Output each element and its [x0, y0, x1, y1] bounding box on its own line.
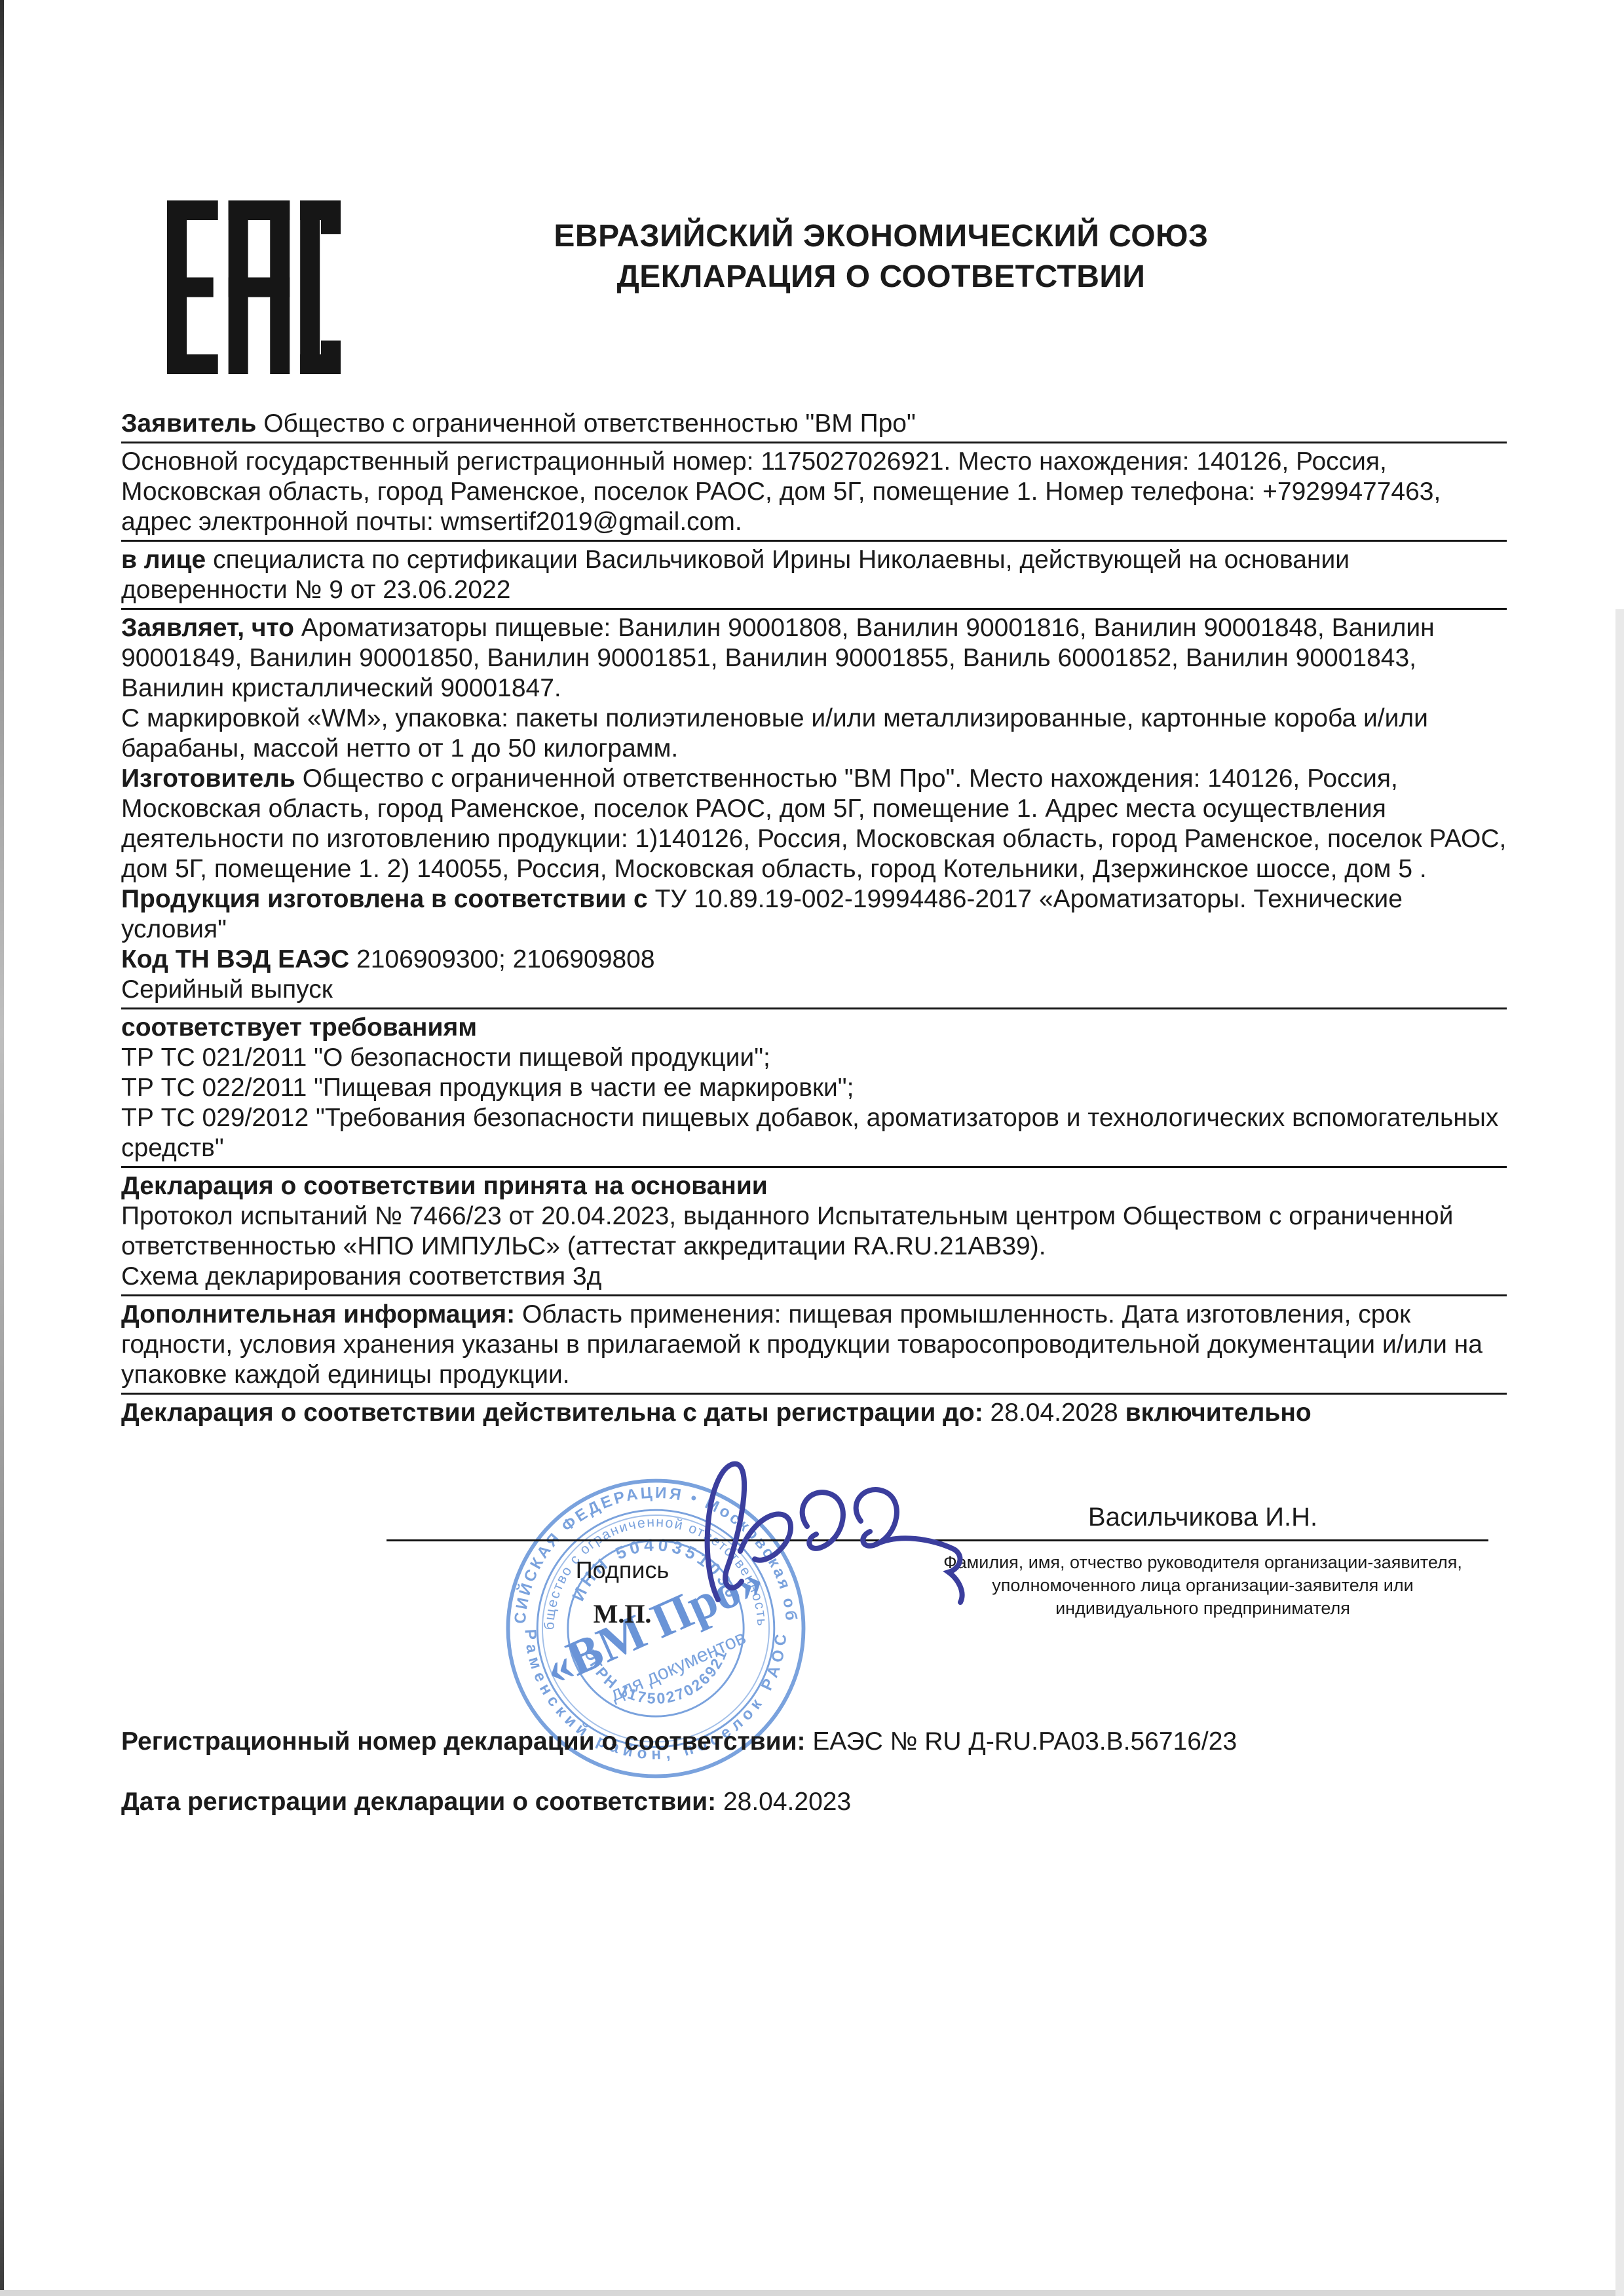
section-divider: [121, 1294, 1507, 1296]
declares-label: Заявляет, что: [121, 614, 294, 642]
section-divider: [121, 1166, 1507, 1168]
registration-number-value: ЕАЭС № RU Д-RU.РА03.В.56716/23: [806, 1727, 1237, 1756]
signatory-caption-line2: уполномоченного лица организации-заявите…: [914, 1574, 1492, 1597]
produced-paragraph: Продукция изготовлена в соответствии с Т…: [121, 884, 1507, 945]
schema-paragraph: Схема декларирования соответствия 3д: [121, 1262, 1507, 1292]
signatory-caption-line1: Фамилия, имя, отчество руководителя орга…: [914, 1551, 1492, 1574]
section-divider: [121, 1007, 1507, 1009]
section-divider: [121, 608, 1507, 610]
validity-date: 28.04.2028: [983, 1399, 1125, 1427]
registration-date-line: Дата регистрации декларации о соответств…: [121, 1788, 851, 1816]
additional-info-paragraph: Дополнительная информация: Область приме…: [121, 1300, 1507, 1390]
scan-edge-left: [0, 0, 4, 2296]
section-divider: [121, 1393, 1507, 1395]
basis-heading: Декларация о соответствии принята на осн…: [121, 1171, 1507, 1201]
ogrn-paragraph: Основной государственный регистрационный…: [121, 447, 1507, 537]
signature-line-right: [917, 1539, 1488, 1541]
in-person-value: специалиста по сертификации Васильчиково…: [121, 546, 1350, 604]
complies-heading: соответствует требованиям: [121, 1013, 1507, 1043]
validity-suffix: включительно: [1125, 1399, 1312, 1427]
regulation-item: ТР ТС 021/2011 "О безопасности пищевой п…: [121, 1043, 1507, 1073]
manufacturer-paragraph: Изготовитель Общество с ограниченной отв…: [121, 764, 1507, 884]
applicant-paragraph: Заявитель Общество с ограниченной ответс…: [121, 409, 1507, 439]
section-divider: [121, 540, 1507, 542]
section-divider: [121, 442, 1507, 443]
declares-value: Ароматизаторы пищевые: Ванилин 90001808,…: [121, 614, 1435, 702]
applicant-label: Заявитель: [121, 409, 256, 438]
validity-paragraph: Декларация о соответствии действительна …: [121, 1398, 1507, 1428]
protocol-paragraph: Протокол испытаний № 7466/23 от 20.04.20…: [121, 1201, 1507, 1262]
title-line-1: ЕВРАЗИЙСКИЙ ЭКОНОМИЧЕСКИЙ СОЮЗ: [406, 216, 1356, 257]
tnved-paragraph: Код ТН ВЭД ЕАЭС 2106909300; 2106909808: [121, 945, 1507, 975]
registration-number-label: Регистрационный номер декларации о соотв…: [121, 1727, 806, 1756]
declaration-document: ЕВРАЗИЙСКИЙ ЭКОНОМИЧЕСКИЙ СОЮЗ ДЕКЛАРАЦИ…: [0, 0, 1624, 2296]
additional-info-label: Дополнительная информация:: [121, 1300, 515, 1328]
declares-paragraph: Заявляет, что Ароматизаторы пищевые: Ван…: [121, 613, 1507, 704]
in-person-paragraph: в лице специалиста по сертификации Васил…: [121, 545, 1507, 605]
signatory-name: Васильчикова И.Н.: [917, 1503, 1488, 1532]
regulation-item: ТР ТС 029/2012 "Требования безопасности …: [121, 1103, 1507, 1163]
validity-label: Декларация о соответствии действительна …: [121, 1399, 983, 1427]
eac-mark-icon: [167, 194, 341, 384]
regulation-item: ТР ТС 022/2011 "Пищевая продукция в част…: [121, 1073, 1507, 1103]
manufacturer-label: Изготовитель: [121, 764, 295, 793]
title-line-2: ДЕКЛАРАЦИЯ О СООТВЕТСТВИИ: [406, 257, 1356, 297]
tnved-label: Код ТН ВЭД ЕАЭС: [121, 945, 349, 973]
registration-date-label: Дата регистрации декларации о соответств…: [121, 1788, 716, 1816]
registration-number-line: Регистрационный номер декларации о соотв…: [121, 1727, 1237, 1756]
marking-paragraph: С маркировкой «WM», упаковка: пакеты пол…: [121, 704, 1507, 764]
scan-edge-bottom: [0, 2290, 1624, 2296]
applicant-value: Общество с ограниченной ответственностью…: [256, 409, 915, 438]
signatory-caption-line3: индивидуального предпринимателя: [914, 1597, 1492, 1620]
registration-date-value: 28.04.2023: [716, 1788, 851, 1816]
tnved-value: 2106909300; 2106909808: [349, 945, 654, 973]
document-title: ЕВРАЗИЙСКИЙ ЭКОНОМИЧЕСКИЙ СОЮЗ ДЕКЛАРАЦИ…: [406, 216, 1356, 297]
document-body: Заявитель Общество с ограниченной ответс…: [121, 409, 1507, 1428]
produced-label: Продукция изготовлена в соответствии с: [121, 885, 648, 913]
scan-edge-right: [1615, 609, 1624, 2296]
signatory-caption: Фамилия, имя, отчество руководителя орга…: [914, 1551, 1492, 1620]
serial-paragraph: Серийный выпуск: [121, 975, 1507, 1005]
manufacturer-value: Общество с ограниченной ответственностью…: [121, 764, 1506, 883]
in-person-label: в лице: [121, 546, 206, 574]
handwritten-signature: [655, 1449, 996, 1609]
